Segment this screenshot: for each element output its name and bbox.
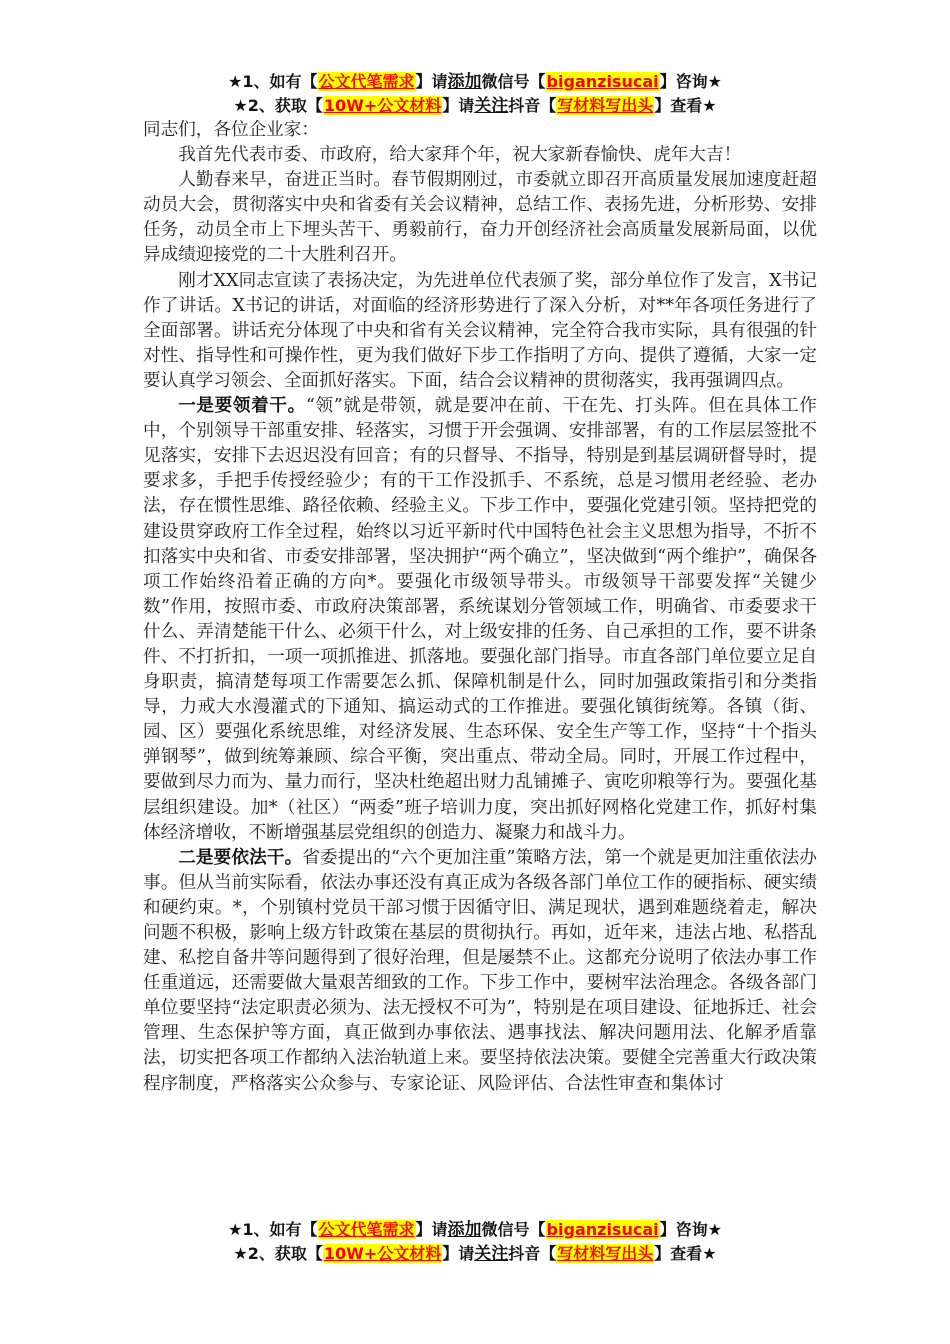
paragraph-text: “领”就是带领，就是要冲在前、干在先、打头阵。但在具体工作中，个别领导干部重安排… bbox=[143, 396, 817, 843]
promo-douyin-id: 写材料写出头 bbox=[556, 1244, 654, 1263]
promo-text: 微信号【 bbox=[482, 72, 546, 91]
promo-text: ★2、获取【 bbox=[233, 1244, 322, 1263]
paragraph: 二是要依法干。省委提出的“六个更加注重”策略方法，第一个就是更加注重依法办事。但… bbox=[143, 846, 817, 1097]
promo-highlight: 10W+公文材料 bbox=[323, 96, 442, 115]
promo-emphasis: 关注 bbox=[474, 1244, 508, 1264]
paragraph-heading: 一是要领着干。 bbox=[178, 396, 306, 416]
promo-text: 】请 bbox=[416, 72, 448, 91]
paragraph-heading: 二是要依法干。 bbox=[178, 848, 302, 868]
promo-text: 】请 bbox=[416, 1220, 448, 1239]
salutation: 同志们，各位企业家： bbox=[143, 118, 817, 143]
paragraph-text: 刚才XX同志宣读了表扬决定，为先进单位代表颁了奖，部分单位作了发言，X书记作了讲… bbox=[143, 271, 817, 391]
promo-line-1: ★1、如有【公文代笔需求】请添加微信号【biganzisucai】咨询★ bbox=[0, 1218, 950, 1242]
promo-text: 】请 bbox=[442, 96, 474, 115]
promo-text: ★2、获取【 bbox=[233, 96, 322, 115]
promo-banner-bottom: ★1、如有【公文代笔需求】请添加微信号【biganzisucai】咨询★ ★2、… bbox=[0, 1218, 950, 1266]
promo-douyin-id: 写材料写出头 bbox=[556, 96, 654, 115]
promo-text: 】咨询★ bbox=[660, 72, 722, 91]
promo-highlight: 10W+公文材料 bbox=[323, 1244, 442, 1263]
promo-text: ★1、如有【 bbox=[228, 1220, 317, 1239]
promo-wechat-id: biganzisucai bbox=[546, 1220, 660, 1239]
promo-emphasis: 添加 bbox=[448, 72, 482, 92]
promo-text: 微信号【 bbox=[482, 1220, 546, 1239]
promo-line-2: ★2、获取【10W+公文材料】请关注抖音【写材料写出头】查看★ bbox=[0, 94, 950, 118]
promo-text: 抖音【 bbox=[508, 96, 556, 115]
promo-text: 抖音【 bbox=[508, 1244, 556, 1263]
promo-text: ★1、如有【 bbox=[228, 72, 317, 91]
promo-banner-top: ★1、如有【公文代笔需求】请添加微信号【biganzisucai】咨询★ ★2、… bbox=[0, 70, 950, 118]
promo-wechat-id: biganzisucai bbox=[546, 72, 660, 91]
promo-highlight: 公文代笔需求 bbox=[318, 1220, 416, 1239]
promo-text: 】咨询★ bbox=[660, 1220, 722, 1239]
paragraph-text: 我首先代表市委、市政府，给大家拜个年，祝大家新春愉快、虎年大吉！ bbox=[178, 145, 741, 165]
promo-text: 】查看★ bbox=[654, 96, 716, 115]
promo-emphasis: 添加 bbox=[448, 1220, 482, 1240]
promo-text: 】请 bbox=[442, 1244, 474, 1263]
paragraph-text: 人勤春来早，奋进正当时。春节假期刚过，市委就立即召开高质量发展加速度赶超动员大会… bbox=[143, 170, 817, 265]
promo-text: 】查看★ bbox=[654, 1244, 716, 1263]
paragraph: 我首先代表市委、市政府，给大家拜个年，祝大家新春愉快、虎年大吉！ bbox=[143, 143, 817, 168]
paragraph: 人勤春来早，奋进正当时。春节假期刚过，市委就立即召开高质量发展加速度赶超动员大会… bbox=[143, 168, 817, 268]
paragraph-text: 省委提出的“六个更加注重”策略方法，第一个就是更加注重依法办事。但从当前实际看，… bbox=[143, 848, 817, 1094]
paragraph: 一是要领着干。“领”就是带领，就是要冲在前、干在先、打头阵。但在具体工作中，个别… bbox=[143, 394, 817, 846]
document-page: ★1、如有【公文代笔需求】请添加微信号【biganzisucai】咨询★ ★2、… bbox=[0, 0, 950, 1344]
document-body: 同志们，各位企业家： 我首先代表市委、市政府，给大家拜个年，祝大家新春愉快、虎年… bbox=[143, 118, 817, 1195]
paragraph: 刚才XX同志宣读了表扬决定，为先进单位代表颁了奖，部分单位作了发言，X书记作了讲… bbox=[143, 269, 817, 394]
promo-line-2: ★2、获取【10W+公文材料】请关注抖音【写材料写出头】查看★ bbox=[0, 1242, 950, 1266]
promo-emphasis: 关注 bbox=[474, 96, 508, 116]
promo-highlight: 公文代笔需求 bbox=[318, 72, 416, 91]
promo-line-1: ★1、如有【公文代笔需求】请添加微信号【biganzisucai】咨询★ bbox=[0, 70, 950, 94]
